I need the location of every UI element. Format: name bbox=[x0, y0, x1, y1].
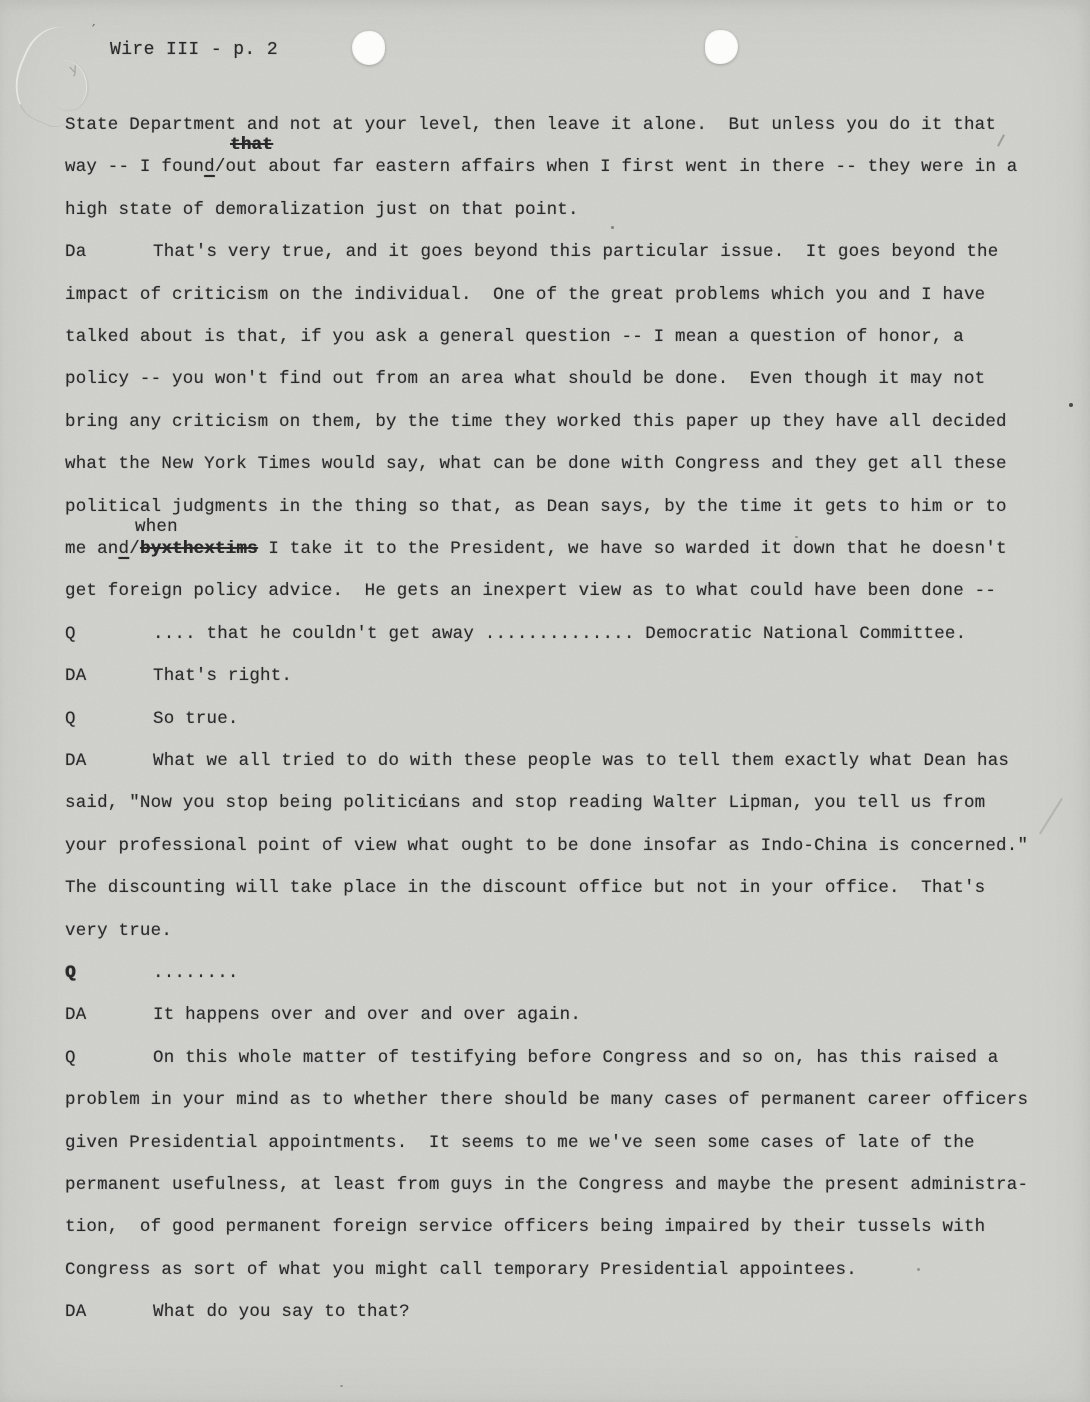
typed-text: impact of criticism on the individual. O… bbox=[65, 285, 985, 305]
paper-speck bbox=[611, 226, 614, 229]
typed-line: high state of demoralization just on tha… bbox=[65, 200, 579, 220]
typed-text: problem in your mind as to whether there… bbox=[65, 1090, 1028, 1110]
struck-out-text: that bbox=[230, 135, 273, 155]
paper-speck bbox=[1069, 403, 1073, 407]
paper-speck bbox=[340, 1385, 343, 1387]
inserted-correction-line: that bbox=[230, 135, 273, 155]
typed-text: given Presidential appointments. It seem… bbox=[65, 1133, 975, 1153]
typed-text: way -- I foun bbox=[65, 157, 204, 177]
typed-line: permanent usefulness, at least from guys… bbox=[65, 1175, 1028, 1195]
pencil-mark: y bbox=[68, 61, 80, 78]
typed-text: Congress as sort of what you might call … bbox=[65, 1260, 857, 1280]
typed-text: your professional point of view what oug… bbox=[65, 836, 1028, 856]
typed-text: when bbox=[135, 517, 178, 537]
typed-text: /out about far eastern affairs when I fi… bbox=[215, 157, 1018, 177]
typed-text: What we all tried to do with these peopl… bbox=[153, 751, 1009, 771]
typed-text: permanent usefulness, at least from guys… bbox=[65, 1175, 1028, 1195]
typed-text: What do you say to that? bbox=[153, 1302, 410, 1322]
typed-line: talked about is that, if you ask a gener… bbox=[65, 327, 964, 347]
typed-line: what the New York Times would say, what … bbox=[65, 454, 1007, 474]
typed-line: Q........ bbox=[65, 963, 239, 983]
paper-speck bbox=[795, 536, 798, 538]
typed-text: bring any criticism on them, by the time… bbox=[65, 412, 1007, 432]
speaker-label: Q bbox=[65, 709, 153, 729]
struck-out-text: byxthextims bbox=[140, 539, 258, 559]
typed-line: way -- I found/out about far eastern aff… bbox=[65, 157, 1017, 177]
typed-text: .... that he couldn't get away .........… bbox=[153, 624, 966, 644]
pencil-mark bbox=[997, 134, 1005, 146]
page-header: Wire III - p. 2 bbox=[110, 40, 278, 60]
typed-line: very true. bbox=[65, 921, 172, 941]
typed-line: The discounting will take place in the d… bbox=[65, 878, 985, 898]
speaker-label: Q bbox=[65, 1048, 153, 1068]
speaker-label: DA bbox=[65, 1302, 153, 1322]
typed-line: DAThat's right. bbox=[65, 666, 292, 686]
inserted-correction-line: when bbox=[135, 517, 178, 537]
typed-text: political judgments in the thing so that… bbox=[65, 497, 1007, 517]
typed-line: bring any criticism on them, by the time… bbox=[65, 412, 1007, 432]
typed-text: said, "Now you stop being politic bbox=[65, 793, 418, 813]
scanned-document-page: Wire III - p. 2 State Department and not… bbox=[0, 0, 1090, 1402]
paper-speck bbox=[917, 1268, 920, 1271]
typed-line: QOn this whole matter of testifying befo… bbox=[65, 1048, 998, 1068]
typed-text: That's very true, and it goes beyond thi… bbox=[153, 242, 998, 262]
typed-text: On this whole matter of testifying befor… bbox=[153, 1048, 998, 1068]
typed-text: me an bbox=[65, 539, 119, 559]
typed-text: That's right. bbox=[153, 666, 292, 686]
typed-line: QSo true. bbox=[65, 709, 239, 729]
speaker-label: DA bbox=[65, 751, 153, 771]
speaker-label: Da bbox=[65, 242, 153, 262]
typed-text: policy -- you won't find out from an are… bbox=[65, 369, 985, 389]
paper-crease bbox=[41, 56, 91, 113]
typed-text: The discounting will take place in the d… bbox=[65, 878, 985, 898]
typed-line: your professional point of view what oug… bbox=[65, 836, 1028, 856]
typed-line: DAWhat do you say to that? bbox=[65, 1302, 410, 1322]
typed-line: impact of criticism on the individual. O… bbox=[65, 285, 985, 305]
typed-text: ........ bbox=[153, 963, 239, 983]
typed-text: get foreign policy advice. He gets an in… bbox=[65, 581, 996, 601]
typed-line: political judgments in the thing so that… bbox=[65, 497, 1007, 517]
typed-text: talked about is that, if you ask a gener… bbox=[65, 327, 964, 347]
typed-text: / bbox=[129, 539, 140, 559]
typed-line: Congress as sort of what you might call … bbox=[65, 1260, 857, 1280]
typed-text: very true. bbox=[65, 921, 172, 941]
punch-hole-right bbox=[705, 30, 738, 64]
typed-line: said, "Now you stop being politic'ians a… bbox=[65, 793, 985, 813]
typed-line: Q.... that he couldn't get away ........… bbox=[65, 624, 966, 644]
underlined-text: d bbox=[119, 539, 130, 559]
punch-hole-left bbox=[352, 31, 385, 65]
typed-line: DAIt happens over and over and over agai… bbox=[65, 1005, 581, 1025]
typed-line: State Department and not at your level, … bbox=[65, 115, 996, 135]
typed-line: me and/byxthextims I take it to the Pres… bbox=[65, 539, 1007, 559]
speaker-label: Q bbox=[65, 624, 153, 644]
typed-line: problem in your mind as to whether there… bbox=[65, 1090, 1028, 1110]
typed-line: given Presidential appointments. It seem… bbox=[65, 1133, 975, 1153]
typed-line: DAWhat we all tried to do with these peo… bbox=[65, 751, 1009, 771]
typed-text: ians and stop reading Walter Lipman, you… bbox=[418, 793, 985, 813]
typed-line: get foreign policy advice. He gets an in… bbox=[65, 581, 996, 601]
typed-text: high state of demoralization just on tha… bbox=[65, 200, 579, 220]
speaker-label: Q bbox=[65, 963, 153, 983]
typed-text: tion, of good permanent foreign service … bbox=[65, 1217, 985, 1237]
typed-line: tion, of good permanent foreign service … bbox=[65, 1217, 985, 1237]
speaker-label: DA bbox=[65, 666, 153, 686]
typed-line: DaThat's very true, and it goes beyond t… bbox=[65, 242, 998, 262]
pencil-mark: ’ bbox=[88, 22, 97, 38]
speaker-label: DA bbox=[65, 1005, 153, 1025]
typed-text: So true. bbox=[153, 709, 239, 729]
typed-text: State Department and not at your level, … bbox=[65, 115, 996, 135]
typed-text: It happens over and over and over again. bbox=[153, 1005, 581, 1025]
typed-line: policy -- you won't find out from an are… bbox=[65, 369, 985, 389]
scan-scratch bbox=[1039, 798, 1063, 834]
underlined-text: d bbox=[204, 157, 215, 177]
typed-text: what the New York Times would say, what … bbox=[65, 454, 1007, 474]
typed-text: I take it to the President, we have so w… bbox=[258, 539, 1007, 559]
